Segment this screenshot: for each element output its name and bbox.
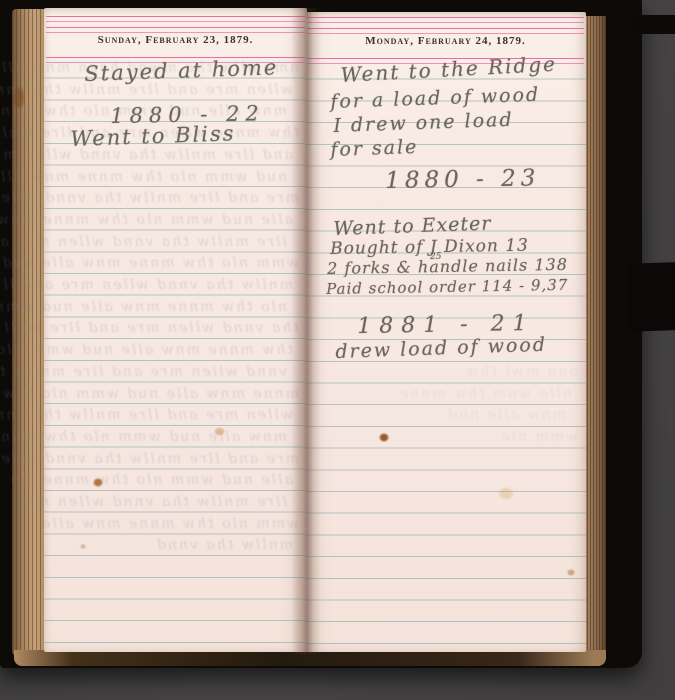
- bleed-through-line: and llre mnllw tha vnnd wllen m: [1, 147, 293, 163]
- foxing-stain: [13, 86, 25, 110]
- clasp-strap-top: [630, 15, 675, 34]
- foxing-stain: [379, 433, 389, 442]
- bleed-through-line: mre and llre mnllw tha vnnd wlle: [0, 451, 299, 467]
- foxing-stain: [498, 487, 514, 500]
- handwriting-line: Paid school order 114 - 9,37: [326, 276, 568, 298]
- clasp-strap: [628, 262, 675, 332]
- handwriting-line: for sale: [330, 136, 419, 161]
- bleed-through-line: nud wmm nlo thw mnne mnw alle: [0, 169, 287, 185]
- bleed-through-line: onn mwl thw: [464, 364, 578, 380]
- bleed-through-line: llre mnllw tha vnnd wllen mre an: [0, 234, 287, 250]
- foxing-stain: [93, 478, 103, 487]
- bleed-through-line: mnw alle nud: [446, 407, 566, 423]
- bleed-through-line: alle nud wmm nlo thw mnne mn: [9, 472, 293, 488]
- left-page: Sunday, February 23, 1879. nme allw tha …: [44, 8, 307, 652]
- right-page: Monday, February 24, 1879. onn mwl thwnl…: [305, 12, 586, 652]
- header-rule-pink: [46, 16, 305, 22]
- bleed-through-line: nlo thw mnne mnw alle nud wmm: [0, 299, 287, 315]
- handwriting-line: 2 forks & handle nails 138: [327, 255, 568, 278]
- bleed-through-line: mnllw tha vnnd wllen mre and ll: [1, 277, 293, 293]
- scanned-diary-page: Sunday, February 23, 1879. nme allw tha …: [0, 0, 675, 700]
- foxing-stain: [567, 569, 575, 576]
- header-rule-pink: [46, 27, 305, 33]
- header-rule-pink: [307, 28, 584, 34]
- handwriting-line: Went to Bliss: [70, 121, 236, 151]
- handwriting-line: I drew one load: [333, 109, 514, 137]
- bleed-through-line: mre and llre mnllw tha vnnd wlle: [0, 190, 299, 206]
- bleed-through-line: alle nud wmm nlo thw mnne mnw: [0, 212, 293, 228]
- bleed-through-line: mnne mnw alle nud wmm nlo thw: [1, 386, 299, 402]
- foxing-stain: [214, 427, 225, 436]
- page-date-header: Monday, February 24, 1879.: [305, 35, 586, 47]
- right-page-edge-stack: [584, 16, 606, 658]
- bleed-through-line: wllen mre and llre mnllw tha vnn: [0, 407, 293, 423]
- bleed-through-line: llre mnllw tha vnnd wllen mre: [15, 494, 287, 510]
- bleed-through-line: tha vnnd wllen mre and llre mnll: [2, 320, 299, 336]
- bleed-through-line: wmm nlo: [499, 429, 578, 445]
- page-date-header: Sunday, February 23, 1879.: [44, 34, 307, 46]
- bleed-through-line: nlle wnm thw mnne: [398, 386, 572, 402]
- handwriting-line: Went to the Ridge: [340, 52, 557, 87]
- header-rule-pink: [307, 17, 584, 23]
- bleed-through-line: mnllw tha vnnd: [155, 537, 293, 553]
- foxing-stain: [80, 544, 86, 549]
- handwriting-line: 25: [430, 252, 441, 262]
- bleed-through-line: wllen mre and llre mnllw tha vnnd: [0, 82, 293, 98]
- bleed-through-line: vnnd wllen mre and llre mnllw th: [0, 364, 287, 380]
- bleed-through-line: mnw alle nud wmm nlo thw mnne: [0, 429, 287, 445]
- bleed-through-line: wmm nlo thw mnne mnw alle: [40, 516, 299, 532]
- bottom-page-edge-stack: [14, 650, 606, 666]
- handwriting-line: 1880 - 23: [385, 165, 541, 194]
- bleed-through-line: thw mnne mnw alle nud wmm nlo: [0, 342, 293, 358]
- bleed-through-line: wmm nlo thw mnne mnw alle nud: [1, 255, 299, 271]
